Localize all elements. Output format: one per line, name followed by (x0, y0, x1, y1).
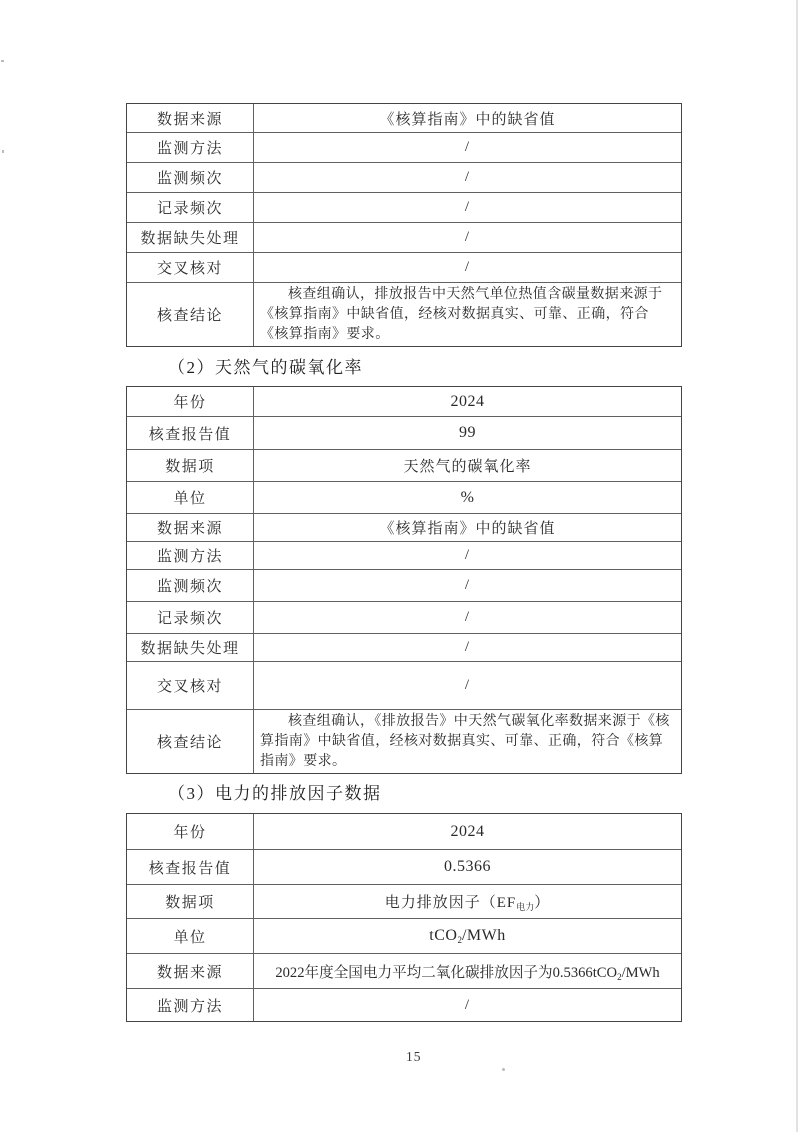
table-row-conclusion: 核查结论 核查组确认，《排放报告》中天然气碳氧化率数据来源于《核算指南》中缺省值… (127, 709, 681, 773)
table-row: 记录频次 / (127, 601, 681, 633)
section-heading-2: （2）天然气的碳氧化率 (168, 353, 363, 378)
row-value: 《核算指南》中的缺省值 (254, 104, 681, 132)
row-value: / (254, 193, 681, 222)
row-value: 核查组确认，排放报告中天然气单位热值含碳量数据来源于《核算指南》中缺省值，经核对… (254, 283, 681, 346)
table-gas-carbon-content: 数据来源 《核算指南》中的缺省值 监测方法 / 监测频次 / 记录频次 / 数据… (126, 103, 682, 347)
scan-edge-shadow (796, 0, 798, 1132)
table-row: 单位 % (127, 481, 681, 513)
value-with-subscript: 2022年度全国电力平均二氧化碳排放因子为0.5366tCO2/MWh (275, 961, 659, 982)
row-value: 2022年度全国电力平均二氧化碳排放因子为0.5366tCO2/MWh (254, 954, 681, 988)
conclusion-text: 核查组确认，《排放报告》中天然气碳氧化率数据来源于《核算指南》中缺省值，经核对数… (260, 714, 670, 769)
row-value: / (254, 253, 681, 282)
row-label: 年份 (127, 814, 254, 849)
row-value: 天然气的碳氧化率 (254, 450, 681, 481)
row-label: 数据来源 (127, 514, 254, 541)
value-with-subscript: tCO2/MWh (429, 927, 505, 945)
table-row: 数据来源 《核算指南》中的缺省值 (127, 513, 681, 541)
row-value: / (254, 662, 681, 709)
row-label: 交叉核对 (127, 662, 254, 709)
table-row: 监测方法 / (127, 988, 681, 1021)
table-row: 交叉核对 / (127, 252, 681, 282)
table-row: 监测频次 / (127, 162, 681, 192)
table-row: 单位 tCO2/MWh (127, 918, 681, 953)
table-row: 记录频次 / (127, 192, 681, 222)
value-with-subscript: 电力排放因子（EF电力） (385, 891, 551, 913)
row-label: 记录频次 (127, 193, 254, 222)
row-value: / (254, 163, 681, 192)
page-number: 15 (406, 1049, 422, 1065)
row-value: tCO2/MWh (254, 919, 681, 953)
row-label: 监测频次 (127, 570, 254, 601)
row-label: 核查报告值 (127, 850, 254, 884)
table-row: 核查报告值 0.5366 (127, 849, 681, 884)
document-page: 数据来源 《核算指南》中的缺省值 监测方法 / 监测频次 / 记录频次 / 数据… (0, 0, 800, 1132)
row-label: 核查报告值 (127, 417, 254, 449)
table-row: 监测方法 / (127, 132, 681, 162)
table-row: 监测方法 / (127, 541, 681, 569)
row-value: 99 (254, 417, 681, 449)
row-value: 电力排放因子（EF电力） (254, 885, 681, 918)
row-label: 单位 (127, 919, 254, 953)
table-row: 交叉核对 / (127, 661, 681, 709)
row-label: 数据缺失处理 (127, 223, 254, 252)
table-row: 数据项 电力排放因子（EF电力） (127, 884, 681, 918)
row-label: 数据来源 (127, 104, 254, 132)
row-label: 核查结论 (127, 283, 254, 346)
row-label: 交叉核对 (127, 253, 254, 282)
row-value: / (254, 223, 681, 252)
row-label: 记录频次 (127, 602, 254, 633)
row-value: / (254, 989, 681, 1021)
row-label: 数据来源 (127, 954, 254, 988)
conclusion-text: 核查组确认，排放报告中天然气单位热值含碳量数据来源于《核算指南》中缺省值，经核对… (260, 287, 662, 342)
table-row: 数据缺失处理 / (127, 633, 681, 661)
row-label: 年份 (127, 387, 254, 416)
table-row: 年份 2024 (127, 387, 681, 416)
table-row: 年份 2024 (127, 814, 681, 849)
row-label: 监测方法 (127, 989, 254, 1021)
row-label: 单位 (127, 482, 254, 513)
scan-speck (2, 150, 4, 153)
row-value: / (254, 133, 681, 162)
row-label: 数据缺失处理 (127, 634, 254, 661)
table-row: 数据来源 《核算指南》中的缺省值 (127, 104, 681, 132)
section-heading-3: （3）电力的排放因子数据 (168, 779, 382, 804)
subscript-text: 电力 (516, 902, 534, 912)
row-value: 2024 (254, 387, 681, 416)
table-row: 数据项 天然气的碳氧化率 (127, 449, 681, 481)
row-value: % (254, 482, 681, 513)
row-value: 《核算指南》中的缺省值 (254, 514, 681, 541)
table-electricity-emission-factor: 年份 2024 核查报告值 0.5366 数据项 电力排放因子（EF电力） 单位… (126, 813, 682, 1022)
scan-speck (1, 60, 4, 62)
scan-speck (502, 1068, 505, 1071)
table-row-conclusion: 核查结论 核查组确认，排放报告中天然气单位热值含碳量数据来源于《核算指南》中缺省… (127, 282, 681, 346)
row-value: 核查组确认，《排放报告》中天然气碳氧化率数据来源于《核算指南》中缺省值，经核对数… (254, 710, 681, 773)
table-row: 核查报告值 99 (127, 416, 681, 449)
row-label: 监测频次 (127, 163, 254, 192)
row-label: 数据项 (127, 885, 254, 918)
row-value: / (254, 634, 681, 661)
row-value: / (254, 602, 681, 633)
table-row: 数据来源 2022年度全国电力平均二氧化碳排放因子为0.5366tCO2/MWh (127, 953, 681, 988)
table-row: 数据缺失处理 / (127, 222, 681, 252)
row-value: / (254, 542, 681, 569)
row-value: 2024 (254, 814, 681, 849)
row-label: 核查结论 (127, 710, 254, 773)
row-label: 监测方法 (127, 133, 254, 162)
row-label: 监测方法 (127, 542, 254, 569)
table-row: 监测频次 / (127, 569, 681, 601)
row-value: / (254, 570, 681, 601)
row-value: 0.5366 (254, 850, 681, 884)
table-gas-oxidation-rate: 年份 2024 核查报告值 99 数据项 天然气的碳氧化率 单位 % 数据来源 … (126, 386, 682, 774)
row-label: 数据项 (127, 450, 254, 481)
